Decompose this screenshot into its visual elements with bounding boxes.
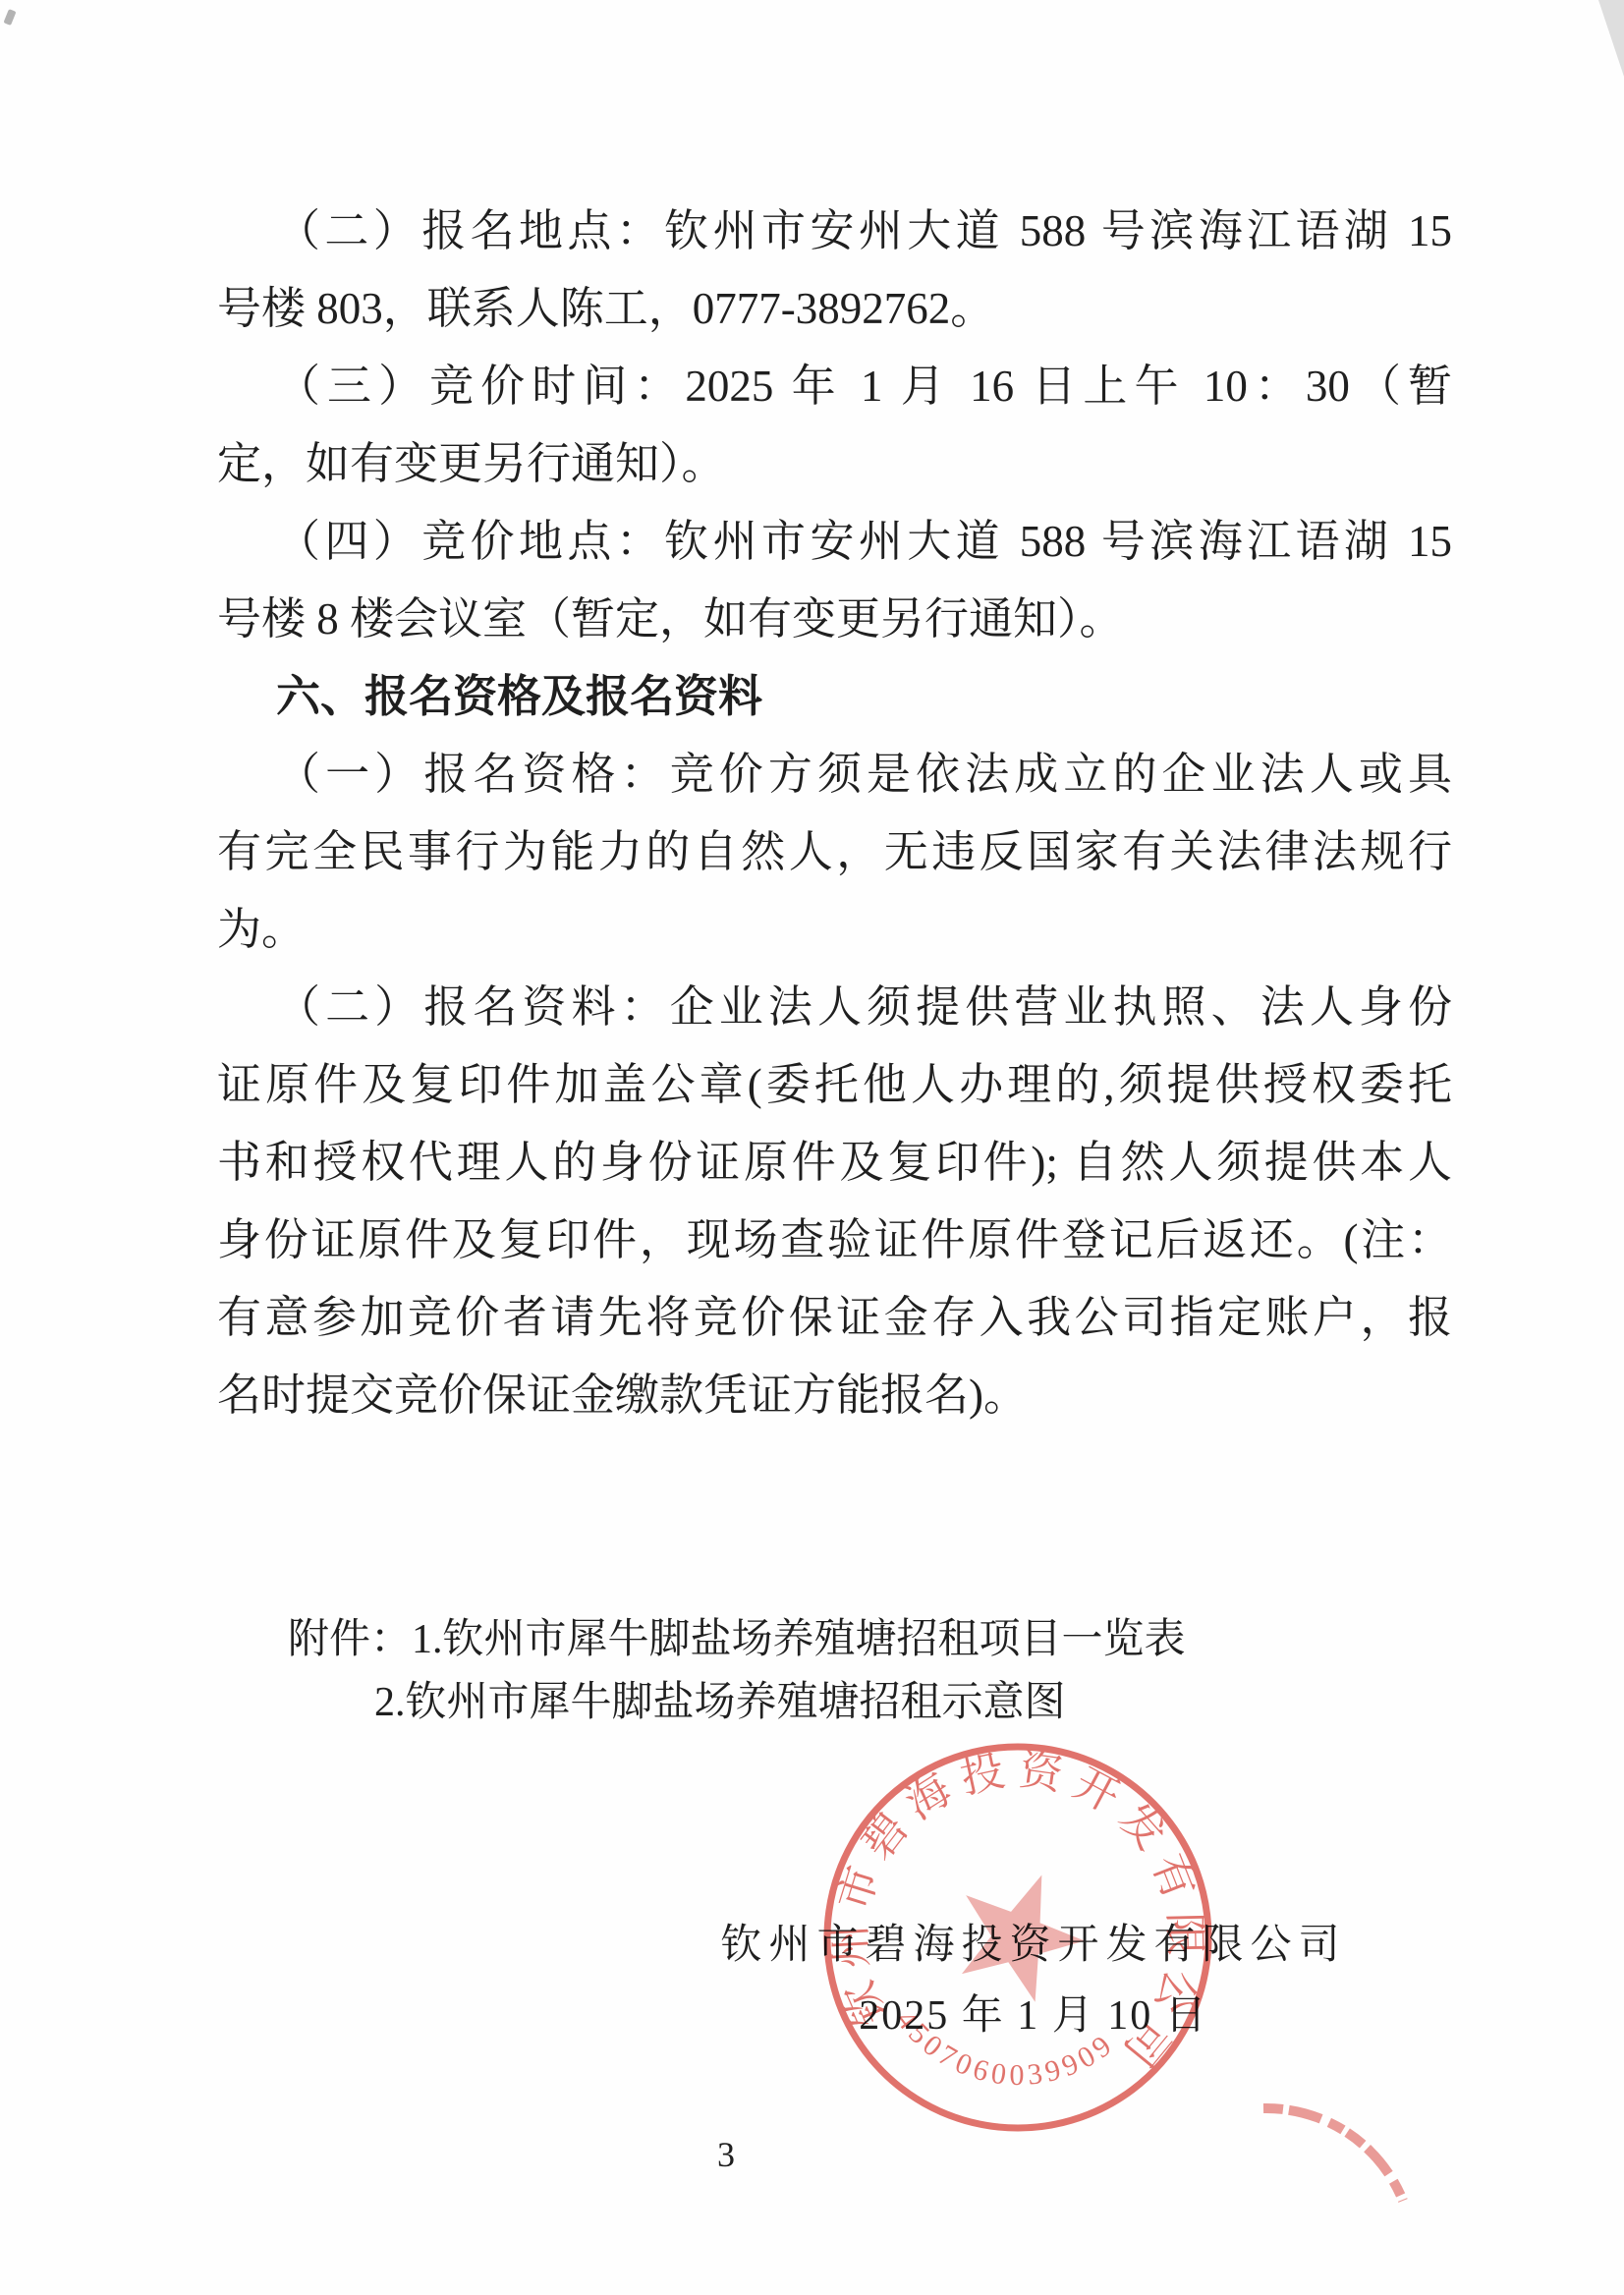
company-seal: 钦州市碧海投资开发有限公司 4507060039909: [810, 1729, 1226, 2146]
page-number: 3: [704, 2134, 748, 2175]
body-line: 有意参加竞价者请先将竞价保证金存入我公司指定账户，报: [217, 1279, 1452, 1357]
document-page: （二）报名地点：钦州市安州大道 588 号滨海江语湖 15 号楼 803，联系人…: [0, 0, 1624, 2295]
seal-star-icon: [961, 1872, 1089, 2005]
body-line: （四）竞价地点：钦州市安州大道 588 号滨海江语湖 15: [217, 503, 1452, 581]
scan-corner-artifact: [1598, 0, 1624, 77]
svg-text:4507060039909: 4507060039909: [882, 2001, 1120, 2106]
body-line: 书和授权代理人的身份证原件及复印件); 自然人须提供本人: [217, 1124, 1452, 1202]
scan-speck-artifact: [3, 9, 16, 26]
seal-edge-fragment: [1256, 2100, 1423, 2218]
body-line: 号楼 8 楼会议室（暂定，如有变更另行通知）。: [217, 581, 1452, 658]
body-line: 为。: [217, 891, 1452, 969]
attachment-item: 附件：1.钦州市犀牛脚盐场养殖塘招租项目一览表: [288, 1608, 1186, 1671]
body-line: 身份证原件及复印件，现场查验证件原件登记后返还。(注：: [217, 1202, 1452, 1279]
body-line: （二）报名资料：企业法人须提供营业执照、法人身份: [217, 969, 1452, 1046]
body-line: （三）竞价时间：2025 年 1 月 16 日上午 10：30（暂: [217, 348, 1452, 425]
body-line: （二）报名地点：钦州市安州大道 588 号滨海江语湖 15: [217, 193, 1452, 270]
body-text: （二）报名地点：钦州市安州大道 588 号滨海江语湖 15 号楼 803，联系人…: [217, 193, 1452, 1434]
body-line: （一）报名资格：竞价方须是依法成立的企业法人或具: [217, 736, 1452, 813]
attachments-block: 附件：1.钦州市犀牛脚盐场养殖塘招租项目一览表 2.钦州市犀牛脚盐场养殖塘招租示…: [288, 1608, 1186, 1734]
body-line: 证原件及复印件加盖公章(委托他人办理的,须提供授权委托: [217, 1046, 1452, 1124]
seal-code: 4507060039909: [882, 2001, 1120, 2106]
attachment-item: 2.钦州市犀牛脚盐场养殖塘招租示意图: [374, 1671, 1186, 1734]
section-heading: 六、报名资格及报名资料: [217, 658, 1452, 736]
body-line: 名时提交竞价保证金缴款凭证方能报名)。: [217, 1357, 1452, 1434]
body-line: 有完全民事行为能力的自然人，无违反国家有关法律法规行: [217, 813, 1452, 891]
body-line: 定，如有变更另行通知）。: [217, 425, 1452, 503]
body-line: 号楼 803，联系人陈工，0777-3892762。: [217, 270, 1452, 348]
